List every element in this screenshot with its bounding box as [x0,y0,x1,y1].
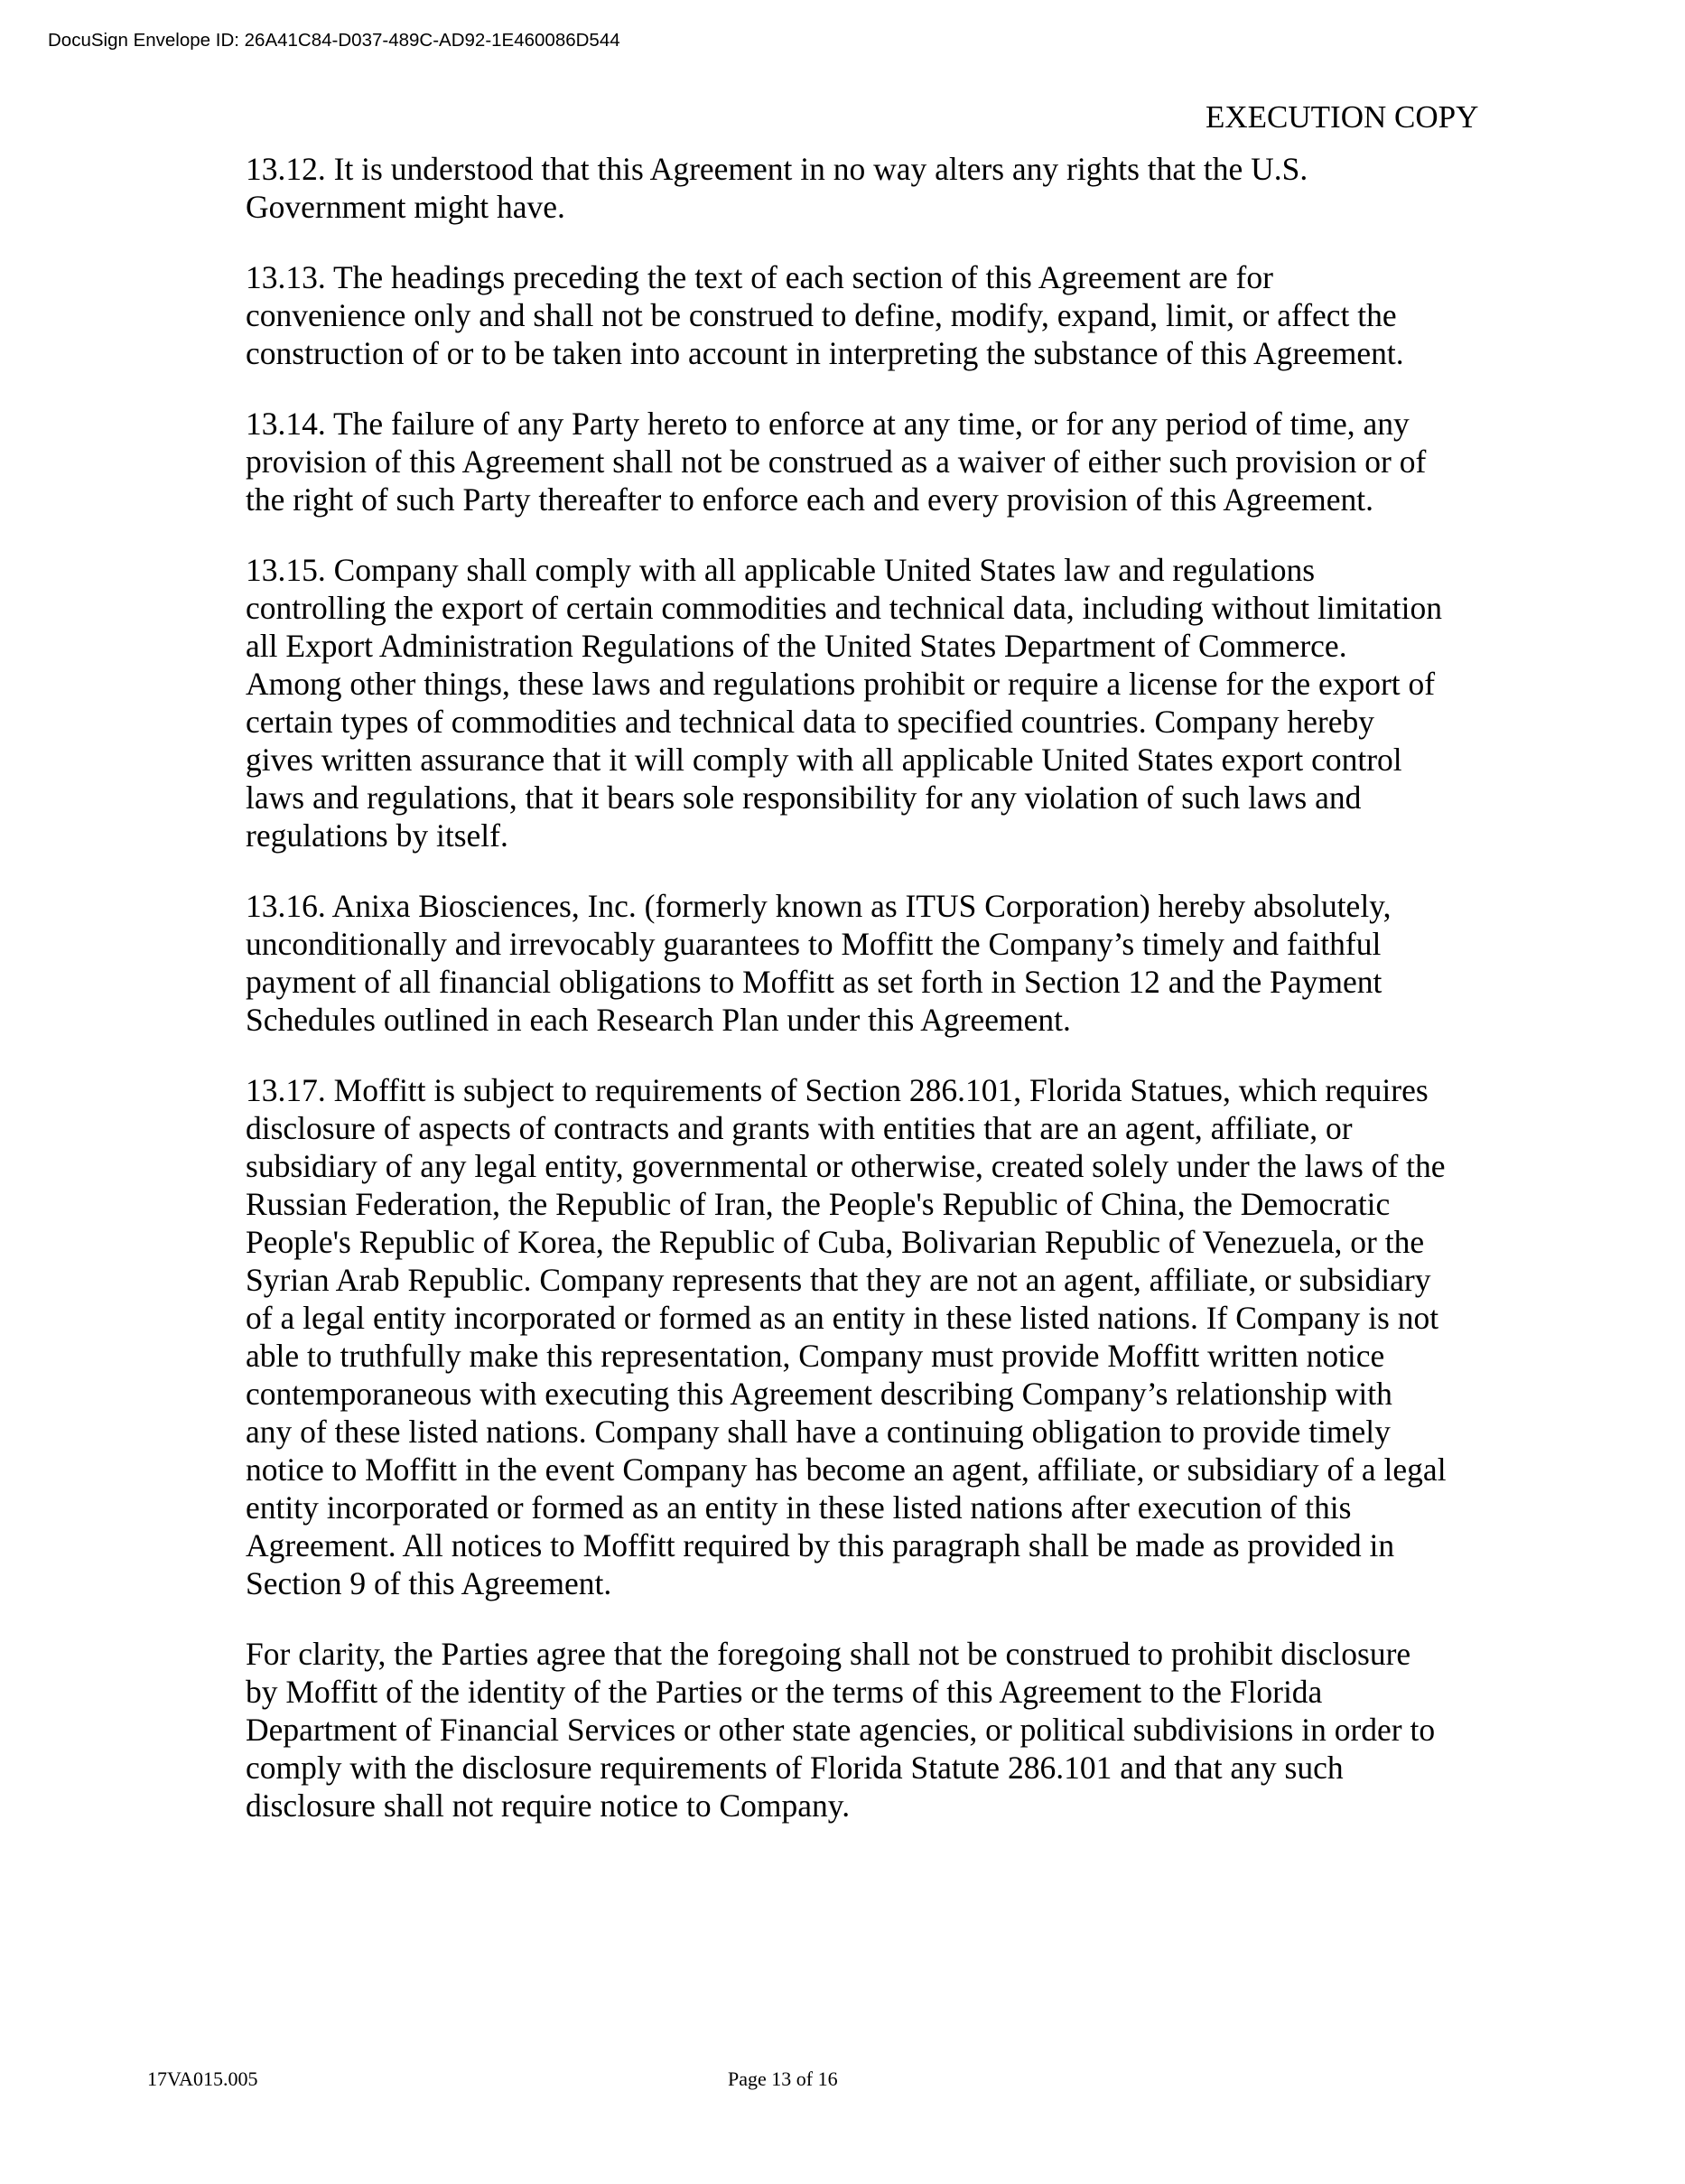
text-line: 13.16. Anixa Biosciences, Inc. (formerly… [246,887,1501,925]
text-line: 13.17. Moffitt is subject to requirement… [246,1071,1501,1109]
text-line: Russian Federation, the Republic of Iran… [246,1185,1501,1223]
page-number: Page 13 of 16 [728,2067,838,2091]
text-line: able to truthfully make this representat… [246,1337,1501,1375]
text-line: Agreement. All notices to Moffitt requir… [246,1526,1501,1564]
docusign-envelope-id: DocuSign Envelope ID: 26A41C84-D037-489C… [48,30,620,51]
text-line: notice to Moffitt in the event Company h… [246,1451,1501,1489]
text-line: contemporaneous with executing this Agre… [246,1375,1501,1413]
text-line: 13.15. Company shall comply with all app… [246,551,1501,589]
text-line: disclosure of aspects of contracts and g… [246,1109,1501,1147]
text-line: Department of Financial Services or othe… [246,1711,1501,1749]
text-line: 13.12. It is understood that this Agreem… [246,150,1501,188]
document-body: 13.12. It is understood that this Agreem… [246,150,1501,1857]
text-line: of a legal entity incorporated or formed… [246,1299,1501,1337]
section-13-15: 13.15. Company shall comply with all app… [246,551,1501,854]
section-13-12: 13.12. It is understood that this Agreem… [246,150,1501,226]
execution-copy-label: EXECUTION COPY [1206,99,1478,135]
clarity-paragraph: For clarity, the Parties agree that the … [246,1635,1501,1825]
text-line: disclosure shall not require notice to C… [246,1787,1501,1825]
text-line: all Export Administration Regulations of… [246,627,1501,665]
text-line: Section 9 of this Agreement. [246,1564,1501,1602]
section-13-13: 13.13. The headings preceding the text o… [246,258,1501,372]
text-line: comply with the disclosure requirements … [246,1749,1501,1787]
text-line: provision of this Agreement shall not be… [246,443,1501,481]
text-line: payment of all financial obligations to … [246,963,1501,1001]
text-line: Schedules outlined in each Research Plan… [246,1001,1501,1039]
text-line: subsidiary of any legal entity, governme… [246,1147,1501,1185]
text-line: laws and regulations, that it bears sole… [246,779,1501,817]
section-13-14: 13.14. The failure of any Party hereto t… [246,405,1501,518]
text-line: regulations by itself. [246,817,1501,854]
text-line: For clarity, the Parties agree that the … [246,1635,1501,1673]
document-code: 17VA015.005 [147,2067,257,2091]
text-line: Government might have. [246,188,1501,226]
text-line: any of these listed nations. Company sha… [246,1413,1501,1451]
text-line: by Moffitt of the identity of the Partie… [246,1673,1501,1711]
text-line: Syrian Arab Republic. Company represents… [246,1261,1501,1299]
text-line: Among other things, these laws and regul… [246,665,1501,703]
text-line: entity incorporated or formed as an enti… [246,1489,1501,1526]
text-line: 13.14. The failure of any Party hereto t… [246,405,1501,443]
text-line: People's Republic of Korea, the Republic… [246,1223,1501,1261]
text-line: 13.13. The headings preceding the text o… [246,258,1501,296]
section-13-16: 13.16. Anixa Biosciences, Inc. (formerly… [246,887,1501,1039]
text-line: the right of such Party thereafter to en… [246,481,1501,518]
text-line: construction of or to be taken into acco… [246,334,1501,372]
text-line: gives written assurance that it will com… [246,741,1501,779]
text-line: controlling the export of certain commod… [246,589,1501,627]
text-line: unconditionally and irrevocably guarante… [246,925,1501,963]
text-line: certain types of commodities and technic… [246,703,1501,741]
section-13-17: 13.17. Moffitt is subject to requirement… [246,1071,1501,1602]
text-line: convenience only and shall not be constr… [246,296,1501,334]
